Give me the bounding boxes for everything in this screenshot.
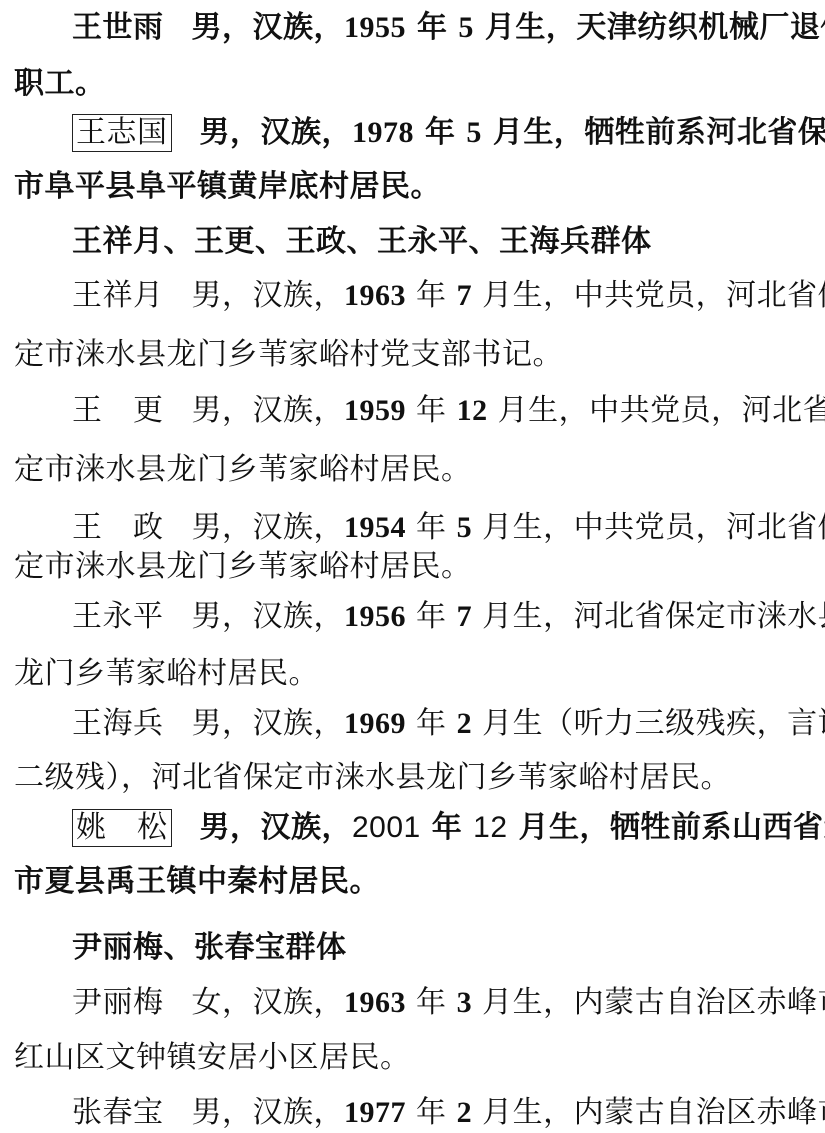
entry-wang-yongping-line1: 王永平男，汉族，1956 年 7 月生，河北省保定市涞水县 — [72, 597, 825, 637]
birth-month: 5 — [457, 511, 473, 544]
birth-year: 1969 — [344, 707, 406, 740]
person-name: 王海兵 — [72, 706, 164, 741]
birth-month: 5 — [458, 11, 474, 44]
entry-wang-zheng-line1: 王 政男，汉族，1954 年 5 月生，中共党员，河北省保 — [72, 508, 825, 548]
birth-month: 2 — [457, 1096, 473, 1129]
birth-year: 1954 — [344, 511, 406, 544]
entry-zhang-chunbao-line1: 张春宝男，汉族，1977 年 2 月生，内蒙古自治区赤峰市 — [72, 1093, 825, 1133]
person-name: 王 政 — [72, 510, 164, 545]
birth-month: 7 — [457, 600, 473, 633]
entry-wang-zhiguo-line2: 市阜平县阜平镇黄岸底村居民。 — [14, 167, 441, 207]
person-name-boxed: 王志国 — [72, 114, 172, 152]
entry-yin-limei-line2: 红山区文钟镇安居小区居民。 — [14, 1038, 411, 1078]
birth-year: 1963 — [344, 986, 406, 1019]
entry-yin-limei-line1: 尹丽梅女，汉族，1963 年 3 月生，内蒙古自治区赤峰市 — [72, 983, 825, 1023]
person-name: 王祥月 — [72, 278, 164, 313]
group-title-wang-group: 王祥月、王更、王政、王永平、王海兵群体 — [72, 222, 652, 262]
entry-wang-zhiguo-line1: 王志国男，汉族，1978 年 5 月生，牺牲前系河北省保定 — [72, 113, 825, 153]
person-name: 王世雨 — [72, 10, 164, 45]
entry-yao-song-line1: 姚 松男，汉族，2001 年 12 月生，牺牲前系山西省运城 — [72, 808, 825, 848]
entry-wang-haibing-line1: 王海兵男，汉族，1969 年 2 月生（听力三级残疾，言语 — [72, 704, 825, 744]
birth-month: 12 — [457, 394, 488, 427]
birth-year: 1977 — [344, 1096, 406, 1129]
entry-wang-geng-line2: 定市涞水县龙门乡苇家峪村居民。 — [14, 450, 472, 490]
entry-wang-shiyu-line2: 职工。 — [14, 64, 106, 104]
birth-year: 1963 — [344, 279, 406, 312]
entry-yao-song-line2: 市夏县禹王镇中秦村居民。 — [14, 862, 380, 902]
birth-month: 3 — [457, 986, 473, 1019]
birth-month: 12 — [473, 811, 507, 844]
birth-year: 1956 — [344, 600, 406, 633]
entry-wang-xiangyue-line1: 王祥月男，汉族，1963 年 7 月生，中共党员，河北省保 — [72, 276, 825, 316]
group-title-yin-zhang-group: 尹丽梅、张春宝群体 — [72, 928, 347, 968]
birth-year: 1955 — [344, 11, 406, 44]
entry-wang-yongping-line2: 龙门乡苇家峪村居民。 — [14, 654, 319, 694]
entry-wang-zheng-line2: 定市涞水县龙门乡苇家峪村居民。 — [14, 547, 472, 587]
birth-year: 2001 — [352, 811, 421, 844]
person-name: 王 更 — [72, 393, 164, 428]
person-name: 尹丽梅 — [72, 985, 164, 1020]
birth-month: 7 — [457, 279, 473, 312]
person-name: 王永平 — [72, 599, 164, 634]
entry-wang-geng-line1: 王 更男，汉族，1959 年 12 月生，中共党员，河北省保 — [72, 391, 825, 431]
birth-month: 2 — [457, 707, 473, 740]
birth-year: 1959 — [344, 394, 406, 427]
person-name: 张春宝 — [72, 1095, 164, 1130]
birth-year: 1978 — [352, 116, 414, 149]
birth-month: 5 — [466, 116, 482, 149]
entry-wang-shiyu-line1: 王世雨男，汉族，1955 年 5 月生，天津纺织机械厂退休 — [72, 8, 825, 48]
entry-wang-xiangyue-line2: 定市涞水县龙门乡苇家峪村党支部书记。 — [14, 335, 563, 375]
person-name-boxed: 姚 松 — [72, 809, 172, 847]
entry-wang-haibing-line2: 二级残），河北省保定市涞水县龙门乡苇家峪村居民。 — [14, 758, 731, 798]
